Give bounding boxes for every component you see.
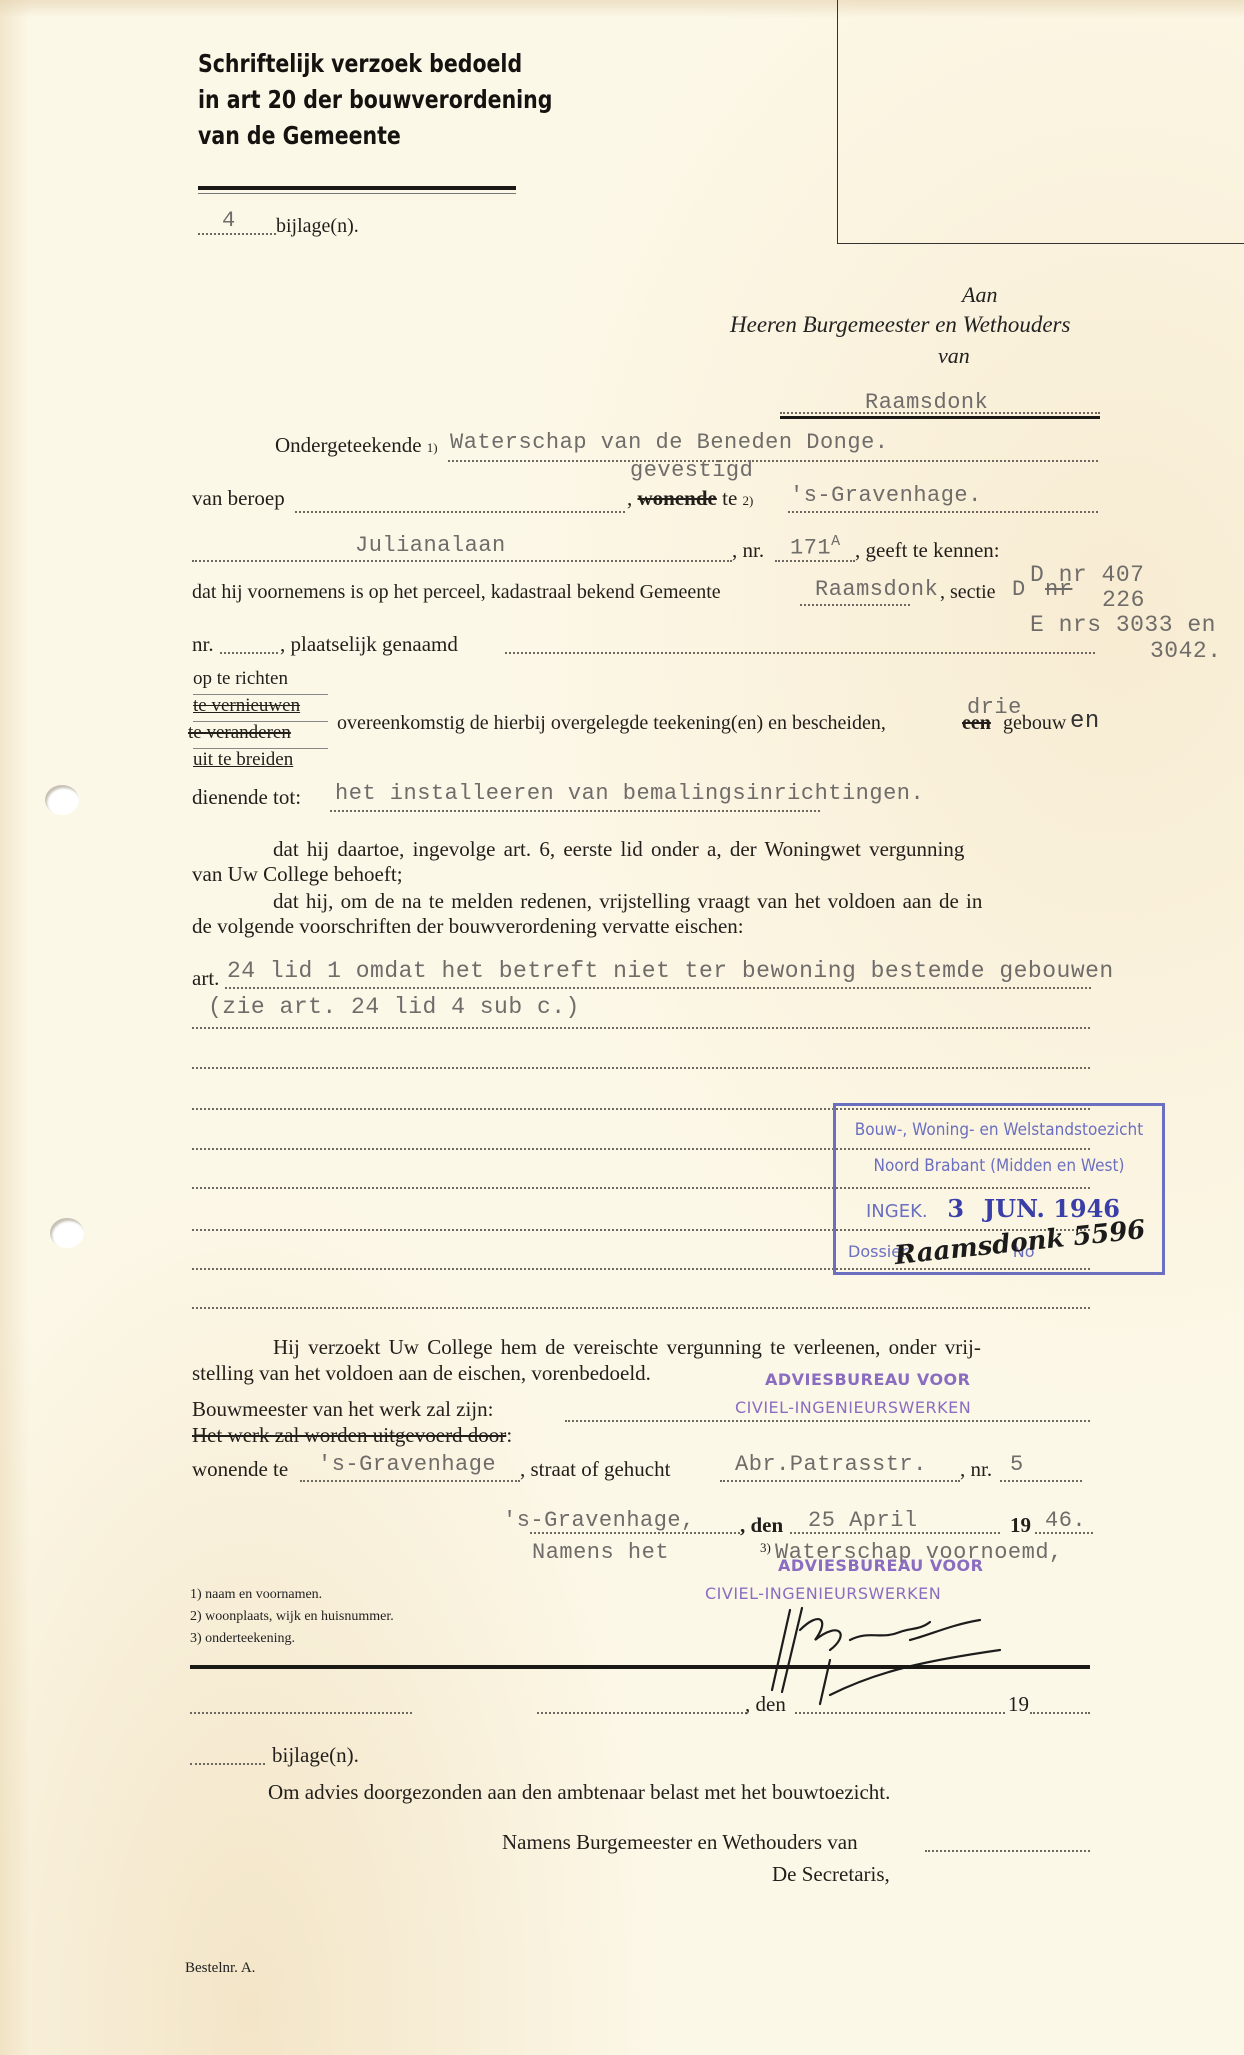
adviesbureau-stamp-1-line2: CIVIEL-INGENIEURSWERKEN [735, 1398, 971, 1417]
para1-line1: dat hij daartoe, ingevolge art. 6, eerst… [273, 837, 964, 862]
nr-text-2: nr. [192, 632, 214, 656]
uitgevoerd-struck: Het werk zal worden uitgevoerd door [192, 1423, 506, 1447]
advies-text: Om advies doorgezonden aan den ambtenaar… [268, 1780, 890, 1805]
lower-bijlagen-dots [190, 1763, 265, 1765]
bijlagen-dots [198, 233, 276, 235]
punch-hole-bottom [50, 1218, 84, 1248]
document-page: Schriftelijk verzoek bedoeld in art 20 d… [0, 0, 1244, 2055]
footnote-2: 2) woonplaats, wijk en huisnummer. [190, 1609, 394, 1625]
lower-bijlagen-label: bijlage(n). [272, 1743, 359, 1768]
art-value-line1: 24 lid 1 omdat het betreft niet ter bewo… [227, 958, 1114, 984]
straat-value: Julianalaan [355, 533, 506, 558]
geeft-te-kennen: , geeft te kennen: [855, 538, 1000, 563]
stamp-ingek: INGEK. 3 JUN. 1946 [866, 1194, 1120, 1223]
title-rule-thin [198, 193, 516, 194]
action-te-vernieuwen: te vernieuwen [193, 695, 300, 717]
kadastraal-dots [800, 604, 910, 606]
lower-name-dots [190, 1712, 412, 1714]
bouwmeester-label: Bouwmeester van het werk zal zijn: [192, 1397, 493, 1422]
action-op-te-richten: op te richten [193, 668, 288, 690]
secretaris-text: De Secretaris, [772, 1862, 890, 1887]
title-line-3: van de Gemeente [198, 118, 552, 154]
datum-value: 25 April [808, 1508, 918, 1533]
ondergeteekende-dots [448, 460, 1098, 462]
namens-bw-text: Namens Burgemeester en Wethouders van [502, 1830, 858, 1855]
lower-date-dots [795, 1712, 1005, 1714]
colon: : [506, 1423, 512, 1447]
ondergeteekende-value: Waterschap van de Beneden Donge. [450, 430, 888, 455]
gemeente-rule [780, 416, 1100, 419]
verzoek-line1: Hij verzoekt Uw College hem de vereischt… [273, 1335, 981, 1360]
footnote-1: 1) naam en voornamen. [190, 1587, 322, 1603]
footnote-ref-1: 1) [427, 440, 438, 455]
art-label: art. [192, 966, 219, 991]
overeenkomstig-text: overeenkomstig de hierbij overgelegde te… [337, 712, 886, 735]
gemeente-dots [780, 412, 1100, 414]
adviesbureau-stamp-2-line1: ADVIESBUREAU VOOR [778, 1556, 983, 1575]
dossier-handwritten: Raamsdonk 5596 [893, 1215, 1147, 1271]
woonplaats-value: 's-Gravenhage. [790, 483, 982, 508]
office-use-box [837, 0, 1244, 244]
ondergeteekende-text: Ondergeteekende [275, 433, 422, 457]
title-line-2: in art 20 der bouwverordening [198, 82, 552, 118]
art-value-line2: (zie art. 24 lid 4 sub c.) [208, 994, 580, 1020]
huisnummer-value: 171A [790, 533, 841, 560]
straat-dots [192, 560, 732, 562]
woonplaats-dots [788, 511, 1098, 513]
footnote-ref-3: 3) [760, 1540, 771, 1556]
bouwmeester-straat-dots [720, 1480, 960, 1482]
bouwmeester-woonplaats-dots [300, 1480, 520, 1482]
title-line-1: Schriftelijk verzoek bedoeld [198, 46, 552, 82]
kadastraal-gemeente: Raamsdonk [815, 577, 938, 602]
huisnummer-suffix: A [831, 533, 841, 550]
beroep-dots [295, 511, 625, 513]
bouwmeester-dots [565, 1420, 1090, 1422]
gebouw-label: gebouw [1003, 712, 1066, 735]
van-label: van [938, 343, 970, 369]
blank-line-8 [192, 1307, 1090, 1309]
aan-label: Aan [962, 282, 997, 308]
para2-line1: dat hij, om de na te melden redenen, vri… [273, 889, 982, 914]
jaar-value: 46. [1045, 1508, 1086, 1533]
stamp-line-1: Bouw-, Woning- en Welstandstoezicht [852, 1120, 1145, 1140]
te-label: te [722, 486, 737, 510]
ingek-label: INGEK. [866, 1201, 928, 1222]
wonende-struck: wonende [638, 486, 717, 510]
perceel-nr-dots [220, 652, 278, 654]
title-rule [198, 186, 516, 190]
nr-text: nr. [743, 538, 765, 562]
lower-jaar-dots [1030, 1712, 1090, 1714]
signature [760, 1600, 1020, 1710]
blank-line-1 [192, 1027, 1090, 1029]
plaatselijk-dots [505, 652, 1095, 654]
nr-label-2: nr. [192, 632, 214, 657]
punch-hole-top [45, 785, 79, 815]
stamp-line-2: Noord Brabant (Midden en West) [852, 1156, 1145, 1176]
lower-den-label: , den [745, 1692, 786, 1717]
kadastrale-nr-1: D nr 407 [1030, 562, 1144, 588]
sectie-value: D [1012, 577, 1026, 602]
sectie-label: , sectie [940, 581, 996, 604]
ingek-day: 3 [947, 1194, 964, 1223]
art-dots [225, 987, 1091, 989]
kadastrale-nr-2: 226 [1102, 587, 1145, 613]
perceel-text: dat hij voornemens is op het perceel, ka… [192, 581, 721, 604]
gevestigd-insert: gevestigd [630, 458, 753, 483]
plaats-value: 's-Gravenhage, [503, 1508, 695, 1533]
beroep-label: van beroep [192, 486, 285, 511]
plaatselijk-label: , plaatselijk genaamd [280, 632, 458, 657]
kadastrale-nr-3: E nrs 3033 en [1030, 612, 1216, 638]
form-title: Schriftelijk verzoek bedoeld in art 20 d… [198, 46, 552, 154]
wonende-te-label-2: wonende te [192, 1457, 288, 1482]
action-uit-te-breiden: uit te breiden [193, 749, 293, 771]
namens-bw-dots [925, 1850, 1090, 1852]
dienende-value: het installeeren van bemalingsinrichting… [335, 781, 924, 806]
nr-label: , nr. [732, 538, 764, 563]
jaar-prefix: 19 [1010, 1513, 1031, 1538]
footnote-3: 3) onderteekening. [190, 1631, 295, 1647]
gebouw-suffix: en [1070, 708, 1100, 735]
bouwmeester-straat: Abr.Patrasstr. [735, 1452, 927, 1477]
lower-jaar-prefix: 19 [1008, 1692, 1029, 1717]
bouwmeester-nr-label: , nr. [960, 1457, 992, 1482]
uitgevoerd-label: Het werk zal worden uitgevoerd door: [192, 1423, 512, 1448]
verzoek-line2: stelling van het voldoen aan de eischen,… [192, 1361, 651, 1386]
bestelnr: Bestelnr. A. [185, 1960, 255, 1977]
dienende-dots [330, 810, 820, 812]
kadastrale-nr-4: 3042. [1150, 638, 1222, 664]
lower-place-dots [537, 1712, 747, 1714]
den-label: , den [740, 1513, 783, 1538]
ondergeteekende-label: Ondergeteekende 1) [275, 433, 438, 458]
action-te-veranderen: te veranderen [188, 722, 291, 744]
adviesbureau-stamp-1-line1: ADVIESBUREAU VOOR [765, 1370, 970, 1389]
addressee-heeren: Heeren Burgemeester en Wethouders [730, 312, 1070, 338]
para2-line2: de volgende voorschriften der bouwverord… [192, 914, 744, 939]
footnote-ref-2: 2) [743, 493, 754, 508]
bijlagen-label: bijlage(n). [276, 215, 359, 238]
wonende-te-label: , wonende te 2) [627, 486, 753, 511]
received-stamp: Bouw-, Woning- en Welstandstoezicht Noor… [833, 1103, 1165, 1275]
een-struck: een [962, 712, 991, 735]
plaats-dots [530, 1532, 740, 1534]
huisnummer-number: 171 [790, 535, 831, 560]
dienende-label: dienende tot: [192, 785, 301, 810]
para1-line2: van Uw College behoeft; [192, 862, 403, 887]
namens-value: Namens het [532, 1540, 669, 1565]
blank-line-2 [192, 1067, 1090, 1069]
bijlagen-count: 4 [222, 208, 236, 233]
signature-rule [190, 1665, 1090, 1669]
bouwmeester-nr-dots [1000, 1480, 1082, 1482]
straat-label: , straat of gehucht [520, 1457, 670, 1482]
bouwmeester-nr: 5 [1010, 1452, 1024, 1477]
bouwmeester-woonplaats: 's-Gravenhage [318, 1452, 496, 1477]
